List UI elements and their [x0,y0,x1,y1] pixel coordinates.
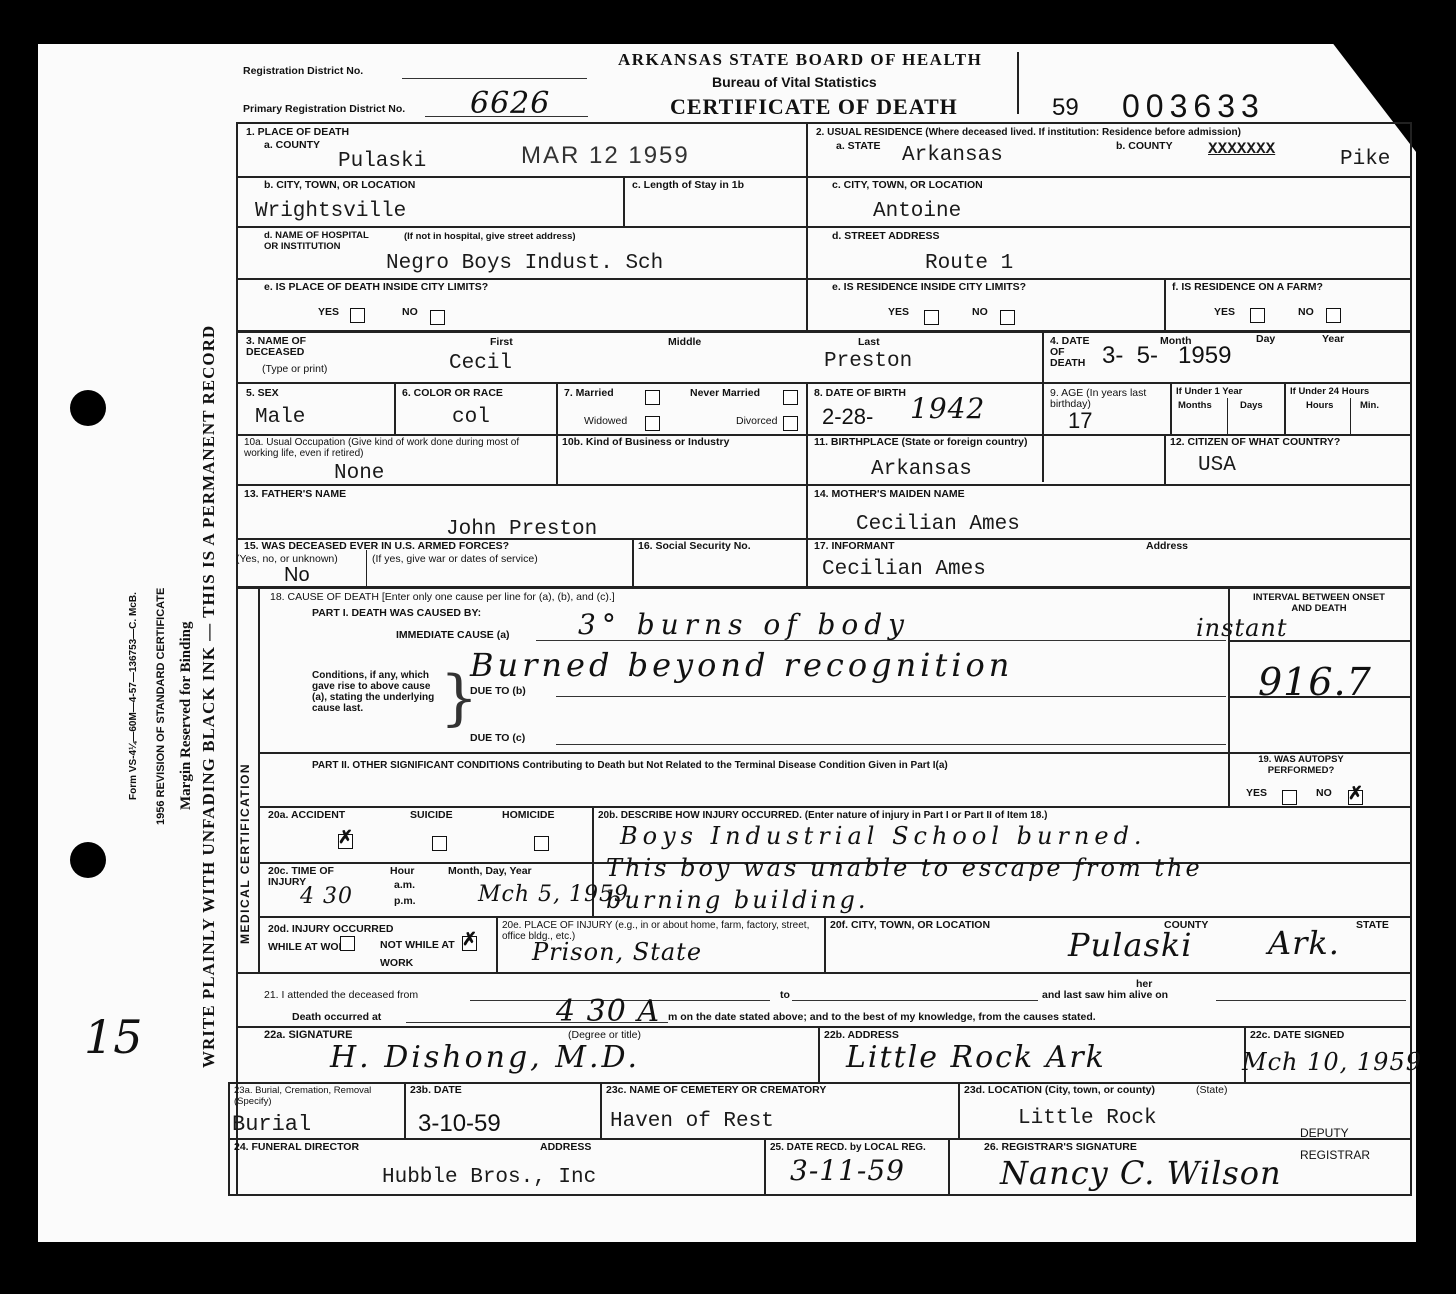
part2-label: PART II. OTHER SIGNIFICANT CONDITIONS Co… [312,760,948,771]
describe-injury-line3: burning building. [606,886,869,914]
institution-note: (If not in hospital, give street address… [404,231,576,242]
informant-label: 17. INFORMANT [814,541,895,552]
deceased-name-note: (Type or print) [262,364,327,375]
business-label: 10b. Kind of Business or Industry [562,437,729,448]
revision-note: 1956 REVISION OF STANDARD CERTIFICATE [155,588,167,825]
citizen-value: USA [1198,454,1236,477]
suicide-checkbox[interactable] [432,836,447,851]
place-county-value: Pulaski [338,150,426,173]
form-number: Form VS-4¼—60M—4-57—136753—C. McB. [128,592,139,800]
registrar-word: REGISTRAR [1300,1150,1370,1161]
father-label: 13. FATHER'S NAME [244,489,346,500]
deceased-name-label: 3. NAME OF DECEASED [246,336,326,358]
married-checkbox[interactable] [645,390,660,405]
injury-state-label: STATE [1356,920,1389,931]
time-of-injury-value: 4 30 [300,884,353,909]
interval-label: INTERVAL BETWEEN ONSET AND DEATH [1244,592,1394,614]
cause-of-death-label: 18. CAUSE OF DEATH [Enter only one cause… [270,592,615,603]
autopsy-label: 19. WAS AUTOPSY PERFORMED? [1236,754,1366,776]
burned-note: Burned beyond recognition [470,646,1013,684]
funeral-director-value: Hubble Bros., Inc [382,1166,596,1189]
age-value: 17 [1068,408,1092,434]
burial-date-label: 23b. DATE [410,1085,462,1096]
residence-state-label: a. STATE [836,141,881,152]
mother-label: 14. MOTHER'S MAIDEN NAME [814,489,965,500]
residence-street-value: Route 1 [925,252,1013,275]
cemetery-value: Haven of Rest [610,1110,774,1133]
occupation-label: 10a. Usual Occupation (Give kind of work… [244,437,556,459]
registrar-signature: Nancy C. Wilson [1000,1154,1282,1192]
residence-state-value: Arkansas [902,144,1003,167]
punch-hole-top [70,390,106,426]
suicide-label: SUICIDE [410,810,453,821]
residence-farm-label: f. IS RESIDENCE ON A FARM? [1172,282,1323,293]
attended-label: 21. I attended the deceased from [264,990,418,1001]
residence-street-label: d. STREET ADDRESS [832,231,940,242]
residence-inside-city-label: e. IS RESIDENCE INSIDE CITY LIMITS? [832,282,1026,293]
residence-county-value: Pike [1340,148,1390,171]
race-label: 6. COLOR OR RACE [402,388,503,399]
part1-label: PART I. DEATH WAS CAUSED BY: [312,608,481,619]
institution-value: Negro Boys Indust. Sch [386,252,663,275]
immediate-cause-value: 3° burns of body [578,608,910,641]
occupation-value: None [334,462,384,485]
date-of-death-value: 3- 5- 1959 [1102,342,1231,370]
never-married-checkbox[interactable] [783,390,798,405]
usual-residence-label: 2. USUAL RESIDENCE (Where deceased lived… [816,127,1241,138]
deceased-last-name: Preston [824,350,912,373]
deceased-first-name: Cecil [449,352,512,375]
death-occurred-label: Death occurred at [292,1012,381,1023]
injury-state-value: Ark. [1268,924,1340,962]
injury-at-work-checkbox[interactable] [340,936,355,951]
autopsy-no-checkbox[interactable] [1348,790,1363,805]
date-of-birth-handwritten: 1942 [910,392,985,425]
file-year: 59 [1052,94,1079,122]
received-date-stamp: MAR 12 1959 [521,142,690,170]
place-city-value: Wrightsville [255,200,406,223]
place-inside-city-yes-checkbox[interactable] [350,308,365,323]
ink-instruction: WRITE PLAINLY WITH UNFADING BLACK INK — … [199,325,219,1068]
medical-certification-label: MEDICAL CERTIFICATION [238,763,252,944]
armed-forces-label: 15. WAS DECEASED EVER IN U.S. ARMED FORC… [244,541,509,552]
autopsy-yes-checkbox[interactable] [1282,790,1297,805]
certificate-paper [38,44,1416,1242]
injury-city-label: 20f. CITY, TOWN, OR LOCATION [830,920,990,931]
describe-injury-line1: Boys Industrial School burned. [620,822,1147,850]
describe-injury-label: 20b. DESCRIBE HOW INJURY OCCURRED. (Ente… [598,810,1048,821]
residence-farm-no-checkbox[interactable] [1326,308,1341,323]
due-to-b-label: DUE TO (b) [470,686,526,697]
residence-city-label: c. CITY, TOWN, OR LOCATION [832,180,983,191]
race-value: col [452,406,490,429]
physician-signature: H. Dishong, M.D. [330,1040,640,1075]
residence-county-struck: XXXXXXX [1208,140,1275,158]
registration-district-label: Registration District No. [243,66,363,77]
date-signed-label: 22c. DATE SIGNED [1250,1030,1344,1041]
accident-label: 20a. ACCIDENT [268,810,345,821]
registrar-signature-label: 26. REGISTRAR'S SIGNATURE [984,1142,1137,1153]
cemetery-label: 23c. NAME OF CEMETERY OR CREMATORY [606,1085,826,1096]
date-of-birth-typed: 2-28- [822,404,873,430]
place-of-death-label: 1. PLACE OF DEATH [246,127,349,138]
date-received-label: 25. DATE RECD. by LOCAL REG. [770,1142,926,1153]
burial-date-value: 3-10-59 [418,1110,501,1138]
injury-not-at-work-checkbox[interactable] [462,936,477,951]
date-of-birth-label: 8. DATE OF BIRTH [814,388,906,399]
margin-handwritten-mark: 15 [84,1010,143,1064]
armed-forces-value: No [284,564,310,587]
disposition-label: 23a. Burial, Cremation, Removal (Specify… [234,1085,394,1107]
birthplace-label: 11. BIRTHPLACE (State or foreign country… [814,437,1028,448]
institution-label: d. NAME OF HOSPITAL OR INSTITUTION [264,230,374,252]
widowed-checkbox[interactable] [645,416,660,431]
armed-forces-service-note: (If yes, give war or dates of service) [372,554,538,565]
sex-label: 5. SEX [246,388,279,399]
divorced-checkbox[interactable] [783,416,798,431]
place-of-injury-value: Prison, State [532,938,702,966]
residence-inside-city-no-checkbox[interactable] [1000,310,1015,325]
agency-name: ARKANSAS STATE BOARD OF HEALTH [618,50,982,70]
mother-value: Cecilian Ames [856,513,1020,536]
funeral-address-label: ADDRESS [540,1142,591,1153]
cemetery-location-value: Little Rock [1018,1107,1157,1130]
death-stated-label: m on the date stated above; and to the b… [668,1012,1096,1023]
funeral-director-label: 24. FUNERAL DIRECTOR [234,1142,359,1153]
ssn-label: 16. Social Security No. [638,541,751,552]
bureau-name: Bureau of Vital Statistics [712,74,877,90]
birthplace-value: Arkansas [871,458,972,481]
place-inside-city-no-checkbox[interactable] [430,310,445,325]
citizen-label: 12. CITIZEN OF WHAT COUNTRY? [1170,437,1340,448]
disposition-value: Burial [232,1112,311,1137]
injury-county-value: Pulaski [1068,926,1193,964]
cemetery-state-label: (State) [1196,1085,1228,1096]
injury-not-at-work-label: NOT WHILE AT WORK [380,936,460,972]
last-saw-label: and last saw him alive on [1042,990,1168,1001]
homicide-checkbox[interactable] [534,836,549,851]
binding-note: Margin Reserved for Binding [178,622,195,810]
homicide-label: HOMICIDE [502,810,555,821]
primary-registration-district-label: Primary Registration District No. [243,104,405,115]
due-to-c-label: DUE TO (c) [470,733,525,744]
conditions-note: Conditions, if any, which gave rise to a… [312,670,436,714]
describe-injury-line2: This boy was unable to escape from the [606,854,1203,882]
immediate-cause-label: IMMEDIATE CAUSE (a) [396,630,510,641]
accident-checkbox[interactable] [338,834,353,849]
place-inside-city-label: e. IS PLACE OF DEATH INSIDE CITY LIMITS? [264,282,488,293]
cemetery-location-label: 23d. LOCATION (City, town, or county) [964,1085,1155,1096]
deputy-label: DEPUTY [1300,1128,1349,1139]
length-of-stay-label: c. Length of Stay in 1b [632,180,744,191]
place-county-label: a. COUNTY [264,140,320,151]
file-number: 003633 [1122,88,1265,125]
sex-value: Male [255,406,305,429]
informant-address-label: Address [1146,541,1188,552]
residence-city-value: Antoine [873,200,961,223]
residence-inside-city-yes-checkbox[interactable] [924,310,939,325]
residence-county-label: b. COUNTY [1116,141,1173,152]
interval-value: instant [1196,614,1288,642]
certificate-title: CERTIFICATE OF DEATH [670,94,958,120]
date-of-death-label: 4. DATE OF DEATH [1050,336,1100,369]
punch-hole-bottom [70,842,106,878]
age-label: 9. AGE (In years last birthday) [1050,388,1170,410]
date-signed-value: Mch 10, 1959 [1242,1048,1422,1076]
place-city-label: b. CITY, TOWN, OR LOCATION [264,180,415,191]
date-received-value: 3-11-59 [790,1154,905,1187]
residence-farm-yes-checkbox[interactable] [1250,308,1265,323]
informant-value: Cecilian Ames [822,558,986,581]
physician-address-value: Little Rock Ark [846,1040,1106,1075]
death-time-value: 4 30 A [556,994,660,1029]
